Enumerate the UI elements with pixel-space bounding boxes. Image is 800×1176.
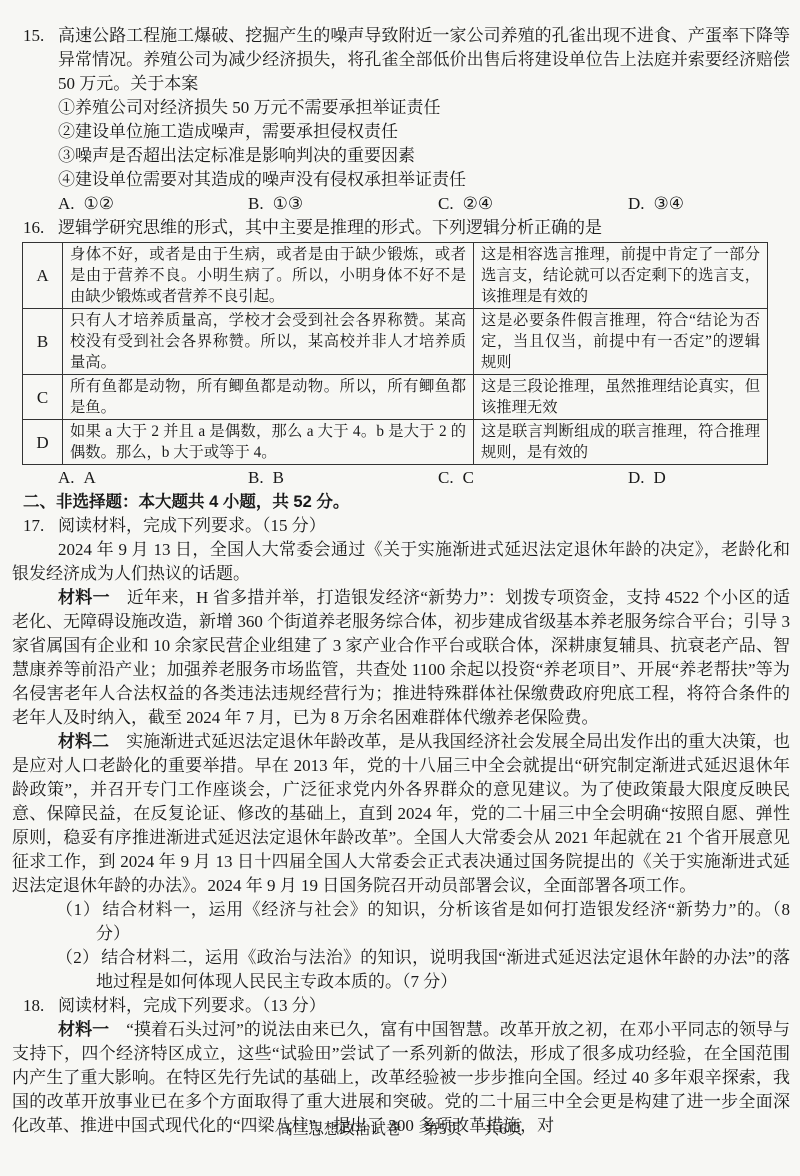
question-15-choice-items: ①养殖公司对经济损失 50 万元不需要承担举证责任 ②建设单位施工造成噪声，需要… xyxy=(58,96,790,192)
page-footer: 高三思想政治试卷 第5页 共6页 xyxy=(0,1118,800,1142)
option-value: D xyxy=(654,468,666,487)
option-value: C xyxy=(463,468,474,487)
question-17-sub-question-1: （1）结合材料一，运用《经济与社会》的知识，分析该省是如何打造银发经济“新势力”… xyxy=(56,898,790,946)
question-17-material-2: 材料二实施渐进式延迟法定退休年龄改革，是从我国经济社会发展全局出发作出的重大决策… xyxy=(12,730,790,898)
option-d: D.D xyxy=(628,466,790,490)
question-16: 16. 逻辑学研究思维的形式，其中主要是推理的形式。下列逻辑分析正确的是 xyxy=(12,216,790,240)
question-16-options-row: A.A B.B C.C D.D xyxy=(58,466,790,490)
material-1-label: 材料一 xyxy=(58,588,110,607)
material-1-text: 近年来，H 省多措并举，打造银发经济“新势力”：划拨专项资金，支持 4522 个… xyxy=(12,588,790,727)
statement-cell: 如果 a 大于 2 并且 a 是偶数，那么 a 大于 4。b 是大于 2 的偶数… xyxy=(63,420,474,465)
footer-exam-title: 高三思想政治试卷 xyxy=(277,1118,401,1142)
sub-question-1-label: （1） xyxy=(56,900,100,919)
option-label: C. xyxy=(438,194,454,213)
option-b: B.B xyxy=(248,466,438,490)
option-label: A. xyxy=(58,194,75,213)
choice-item-4: ④建设单位需要对其造成的噪声没有侵权承担举证责任 xyxy=(58,168,790,192)
analysis-cell: 这是相容选言推理，前提中肯定了一部分选言支，结论就可以否定剩下的选言支，该推理是… xyxy=(474,243,768,309)
option-label: B. xyxy=(248,194,264,213)
analysis-cell: 这是必要条件假言推理，符合“结论为否定，当且仅当，前提中有一否定”的逻辑规则 xyxy=(474,309,768,375)
table-row-d: D 如果 a 大于 2 并且 a 是偶数，那么 a 大于 4。b 是大于 2 的… xyxy=(23,420,768,465)
question-17: 17. 阅读材料，完成下列要求。（15 分） xyxy=(12,514,790,538)
statement-cell: 所有鱼都是动物，所有鲫鱼都是动物。所以，所有鲫鱼都是鱼。 xyxy=(63,375,474,420)
choice-item-2: ②建设单位施工造成噪声，需要承担侵权责任 xyxy=(58,120,790,144)
question-18-number: 18. xyxy=(12,994,58,1018)
question-15-number: 15. xyxy=(12,24,58,48)
option-a: A.①② xyxy=(58,192,248,216)
question-18-stem: 阅读材料，完成下列要求。（13 分） xyxy=(58,994,790,1018)
question-18: 18. 阅读材料，完成下列要求。（13 分） xyxy=(12,994,790,1018)
option-a: A.A xyxy=(58,466,248,490)
option-b: B.①③ xyxy=(248,192,438,216)
question-17-stem: 阅读材料，完成下列要求。（15 分） xyxy=(58,514,790,538)
sub-question-1-text: 结合材料一，运用《经济与社会》的知识，分析该省是如何打造银发经济“新势力”的。（… xyxy=(96,900,790,943)
footer-total-pages: 共6页 xyxy=(484,1118,523,1142)
footer-page-number: 第5页 xyxy=(423,1118,462,1142)
question-17-material-1: 材料一近年来，H 省多措并举，打造银发经济“新势力”：划拨专项资金，支持 452… xyxy=(12,586,790,730)
analysis-cell: 这是联言判断组成的联言推理，符合推理规则，是有效的 xyxy=(474,420,768,465)
material-1-label: 材料一 xyxy=(58,1020,109,1039)
option-c: C.C xyxy=(438,466,628,490)
row-key-cell: A xyxy=(23,243,63,309)
statement-cell: 只有人才培养质量高，学校才会受到社会各界称赞。某高校没有受到社会各界称赞。所以，… xyxy=(63,309,474,375)
material-2-text: 实施渐进式延迟法定退休年龄改革，是从我国经济社会发展全局出发作出的重大决策，也是… xyxy=(12,732,790,895)
table-row-a: A 身体不好，或者是由于生病，或者是由于缺少锻炼，或者是由于营养不良。小明生病了… xyxy=(23,243,768,309)
question-15: 15. 高速公路工程施工爆破、挖掘产生的噪声导致附近一家公司养殖的孔雀出现不进食… xyxy=(12,24,790,96)
option-c: C.②④ xyxy=(438,192,628,216)
option-label: B. xyxy=(248,468,264,487)
question-17-sub-question-2: （2）结合材料二，运用《政治与法治》的知识，说明我国“渐进式延迟法定退休年龄的办… xyxy=(56,946,790,994)
option-label: A. xyxy=(58,468,75,487)
question-15-options-row: A.①② B.①③ C.②④ D.③④ xyxy=(58,192,790,216)
choice-item-3: ③噪声是否超出法定标准是影响判决的重要因素 xyxy=(58,144,790,168)
section-2-heading: 二、非选择题：本大题共 4 小题，共 52 分。 xyxy=(23,490,790,514)
option-label: D. xyxy=(628,194,645,213)
option-value: ①③ xyxy=(273,194,303,213)
question-15-stem: 高速公路工程施工爆破、挖掘产生的噪声导致附近一家公司养殖的孔雀出现不进食、产蛋率… xyxy=(58,24,790,96)
question-17-intro-paragraph: 2024 年 9 月 13 日，全国人大常委会通过《关于实施渐进式延迟法定退休年… xyxy=(12,538,790,586)
option-value: ③④ xyxy=(654,194,684,213)
option-value: B xyxy=(273,468,284,487)
exam-page: 15. 高速公路工程施工爆破、挖掘产生的噪声导致附近一家公司养殖的孔雀出现不进食… xyxy=(0,0,800,1176)
option-value: ①② xyxy=(84,194,114,213)
statement-cell: 身体不好，或者是由于生病，或者是由于缺少锻炼，或者是由于营养不良。小明生病了。所… xyxy=(63,243,474,309)
question-17-number: 17. xyxy=(12,514,58,538)
analysis-cell: 这是三段论推理，虽然推理结论真实，但该推理无效 xyxy=(474,375,768,420)
question-16-number: 16. xyxy=(12,216,58,240)
choice-item-1: ①养殖公司对经济损失 50 万元不需要承担举证责任 xyxy=(58,96,790,120)
row-key-cell: D xyxy=(23,420,63,465)
table-row-c: C 所有鱼都是动物，所有鲫鱼都是动物。所以，所有鲫鱼都是鱼。 这是三段论推理，虽… xyxy=(23,375,768,420)
row-key-cell: B xyxy=(23,309,63,375)
option-label: C. xyxy=(438,468,454,487)
option-label: D. xyxy=(628,468,645,487)
option-value: A xyxy=(84,468,96,487)
logic-analysis-table: A 身体不好，或者是由于生病，或者是由于缺少锻炼，或者是由于营养不良。小明生病了… xyxy=(22,242,768,465)
option-d: D.③④ xyxy=(628,192,790,216)
sub-question-2-text: 结合材料二，运用《政治与法治》的知识，说明我国“渐进式延迟法定退休年龄的办法”的… xyxy=(96,948,790,991)
table-row-b: B 只有人才培养质量高，学校才会受到社会各界称赞。某高校没有受到社会各界称赞。所… xyxy=(23,309,768,375)
row-key-cell: C xyxy=(23,375,63,420)
material-2-label: 材料二 xyxy=(58,732,109,751)
question-16-stem: 逻辑学研究思维的形式，其中主要是推理的形式。下列逻辑分析正确的是 xyxy=(58,216,790,240)
sub-question-2-label: （2） xyxy=(56,948,99,967)
option-value: ②④ xyxy=(463,194,493,213)
